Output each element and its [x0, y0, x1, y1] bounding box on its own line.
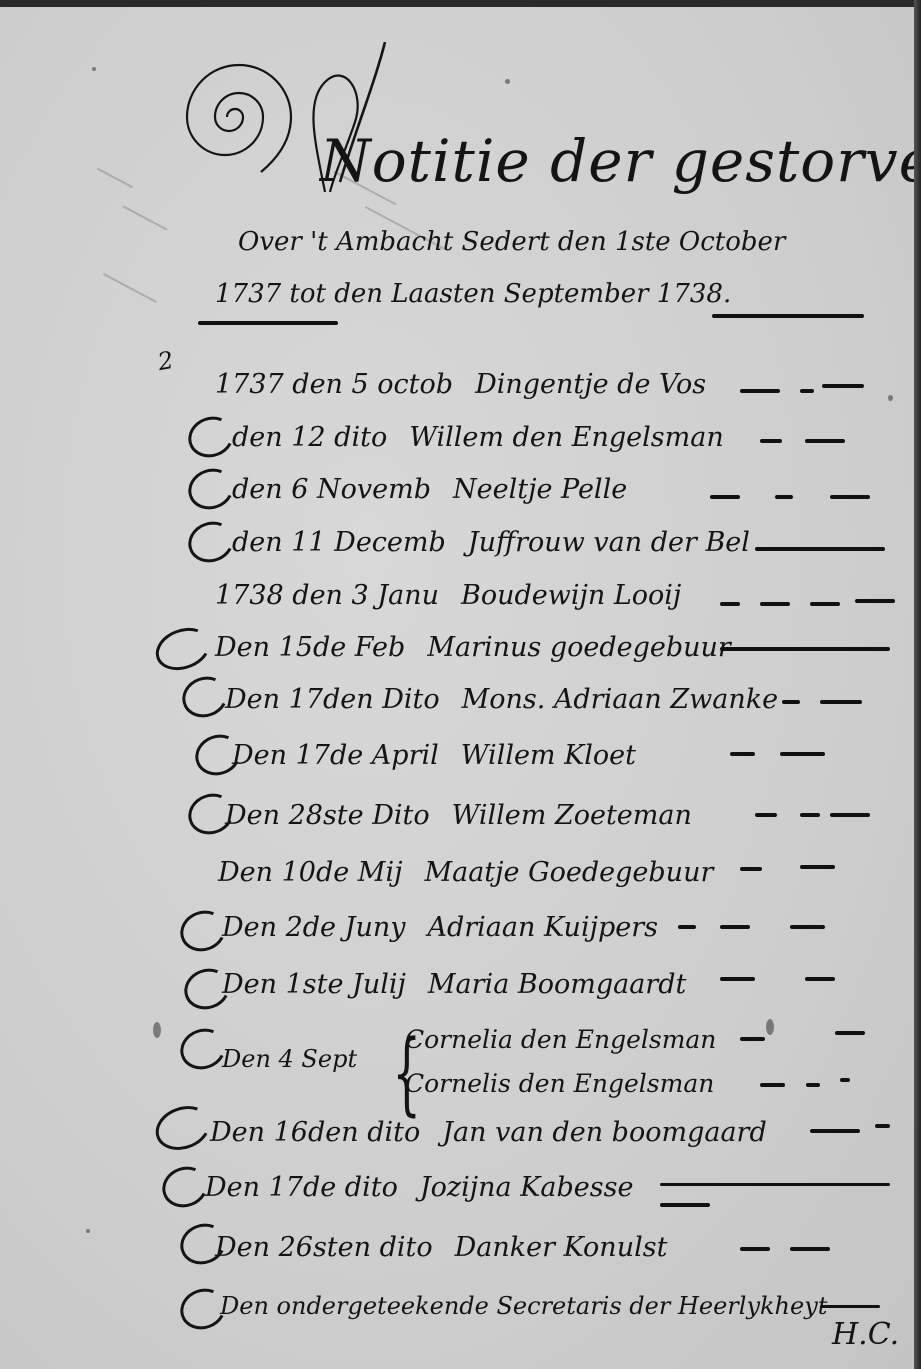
filler-dash [720, 602, 740, 606]
register-entry: den 6 NovembNeeltje Pelle [232, 474, 627, 514]
register-entry: Den 17de AprilWillem Kloet [232, 740, 636, 780]
register-entry: Den 16den ditoJan van den boomgaard [210, 1117, 767, 1157]
filler-dash [820, 1305, 880, 1308]
loop-flourish-icon [183, 410, 240, 463]
filler-dash [805, 439, 845, 443]
filler-dash [830, 813, 870, 817]
filler-dash [806, 1083, 820, 1087]
filler-dash [810, 1129, 860, 1133]
ink-bleed-mark [97, 168, 133, 189]
ink-bleed-mark [122, 205, 167, 230]
manuscript-page: Notitie der gestorven Over 't Ambacht Se… [0, 0, 914, 1369]
entry-date: Den 10de Mij [218, 857, 402, 888]
loop-flourish-icon [183, 462, 240, 515]
entry-name: Mons. Adriaan Zwanke [462, 684, 779, 715]
entry-date: Den 15de Feb [215, 632, 405, 663]
margin-mark: 2 [156, 346, 176, 376]
filler-dash [822, 384, 864, 388]
register-entry-date-shared: Den 4 Sept [222, 1045, 357, 1085]
filler-dash [835, 1031, 865, 1035]
filler-dash [740, 867, 762, 871]
register-entry: 1738 den 3 JanuBoudewijn Looij [215, 580, 681, 620]
register-entry: Den 15de FebMarinus goedegebuur [215, 632, 731, 672]
filler-dash [820, 700, 862, 704]
loop-flourish-icon [150, 621, 216, 678]
entry-date: Den 1ste Julij [222, 969, 406, 1000]
filler-dash [755, 547, 885, 551]
entry-name: Willem Kloet [461, 740, 636, 771]
filler-dash [730, 752, 755, 756]
register-entry: Cornelis den Engelsman [405, 1069, 714, 1109]
scan-edge [914, 0, 921, 1369]
register-entry: Den 17de ditoJozijna Kabesse [205, 1172, 633, 1212]
filler-dash [780, 752, 825, 756]
filler-dash [800, 389, 814, 393]
entry-name: Neeltje Pelle [453, 474, 627, 505]
filler-dash [810, 602, 840, 606]
filler-dash [875, 1124, 890, 1128]
register-entry: Den 26sten ditoDanker Konulst [215, 1232, 667, 1272]
entry-name: Maria Boomgaardt [428, 969, 686, 1000]
entry-date: Den 4 Sept [222, 1045, 357, 1073]
entry-name: Willem den Engelsman [409, 422, 724, 453]
filler-dash [720, 647, 890, 651]
paper-speck [92, 67, 96, 71]
entry-date: Den 28ste Dito [225, 800, 430, 831]
entry-name: Adriaan Kuijpers [427, 912, 658, 943]
register-entry: den 11 DecembJuffrouw van der Bel [232, 527, 750, 567]
filler-dash [855, 599, 895, 603]
filler-dash [790, 1247, 830, 1251]
entry-name: Marinus goedegebuur [427, 632, 731, 663]
register-entry: Den 10de MijMaatje Goedegebuur [218, 857, 713, 897]
filler-dash [830, 495, 870, 499]
filler-dash [840, 1078, 850, 1082]
filler-dash [782, 700, 800, 704]
paper-speck [888, 395, 893, 401]
signature: H.C. [832, 1317, 899, 1352]
register-entry: Den 2de JunyAdriaan Kuijpers [222, 912, 658, 952]
entry-name: Cornelia den Engelsman [405, 1025, 716, 1054]
entry-name: Boudewijn Looij [461, 580, 681, 611]
entry-name: Jozijna Kabesse [420, 1172, 634, 1203]
entry-date: den 12 dito [232, 422, 387, 453]
entry-date: Den 17de April [232, 740, 439, 771]
register-entry: Cornelia den Engelsman [405, 1025, 716, 1065]
entry-name: Cornelis den Engelsman [405, 1069, 714, 1098]
filler-dash [805, 977, 835, 981]
entry-date: den 6 Novemb [232, 474, 431, 505]
loop-flourish-icon [183, 515, 240, 568]
register-entry: Den 17den DitoMons. Adriaan Zwanke [225, 684, 778, 724]
register-entry: Den 1ste JulijMaria Boomgaardt [222, 969, 686, 1009]
filler-dash [790, 925, 825, 929]
paper-speck [86, 1229, 90, 1233]
filler-dash [800, 813, 820, 817]
page-title: Notitie der gestorven [320, 127, 921, 195]
filler-dash [710, 495, 740, 499]
entry-date: Den 16den dito [210, 1117, 420, 1148]
subtitle-line-2: 1737 tot den Laasten September 1738. [215, 279, 731, 309]
filler-dash [740, 1247, 770, 1251]
paper-speck [505, 79, 510, 84]
entry-date: Den 26sten dito [215, 1232, 433, 1263]
filler-dash [740, 389, 780, 393]
filler-dash [720, 925, 750, 929]
entry-date: den 11 Decemb [232, 527, 446, 558]
register-entry: 1737 den 5 octobDingentje de Vos [215, 369, 706, 409]
entry-date: 1737 den 5 octob [215, 369, 453, 400]
filler-dash [800, 865, 835, 869]
entry-name: Willem Zoeteman [452, 800, 692, 831]
entry-name: Maatje Goedegebuur [424, 857, 713, 888]
subtitle-line-1: Over 't Ambacht Sedert den 1ste October [238, 227, 785, 257]
entry-name: Dingentje de Vos [475, 369, 706, 400]
paper-speck [153, 1022, 161, 1038]
register-entry: den 12 ditoWillem den Engelsman [232, 422, 724, 462]
filler-dash [660, 1183, 890, 1186]
entry-date: Den 2de Juny [222, 912, 405, 943]
entry-date: Den 17den Dito [225, 684, 440, 715]
filler-dash [678, 925, 696, 929]
register-entry: Den 28ste DitoWillem Zoeteman [225, 800, 692, 840]
entry-name: Danker Konulst [455, 1232, 668, 1263]
loop-flourish-icon [150, 1099, 217, 1158]
entry-name: Jan van den boomgaard [442, 1117, 767, 1148]
closing-attestation: Den ondergeteekende Secretaris der Heerl… [220, 1292, 827, 1332]
underline-stroke [712, 314, 864, 318]
filler-dash [720, 977, 755, 981]
filler-dash [740, 1037, 765, 1041]
filler-dash [775, 495, 793, 499]
filler-dash [760, 1083, 785, 1087]
filler-dash [760, 439, 782, 443]
filler-dash [760, 602, 790, 606]
underline-stroke [198, 321, 338, 325]
filler-dash [755, 813, 777, 817]
paper-speck [766, 1019, 774, 1035]
entry-name: Juffrouw van der Bel [468, 527, 750, 558]
entry-date: Den 17de dito [205, 1172, 398, 1203]
ink-bleed-mark [103, 273, 157, 303]
filler-dash [660, 1203, 710, 1207]
entry-date: 1738 den 3 Janu [215, 580, 439, 611]
